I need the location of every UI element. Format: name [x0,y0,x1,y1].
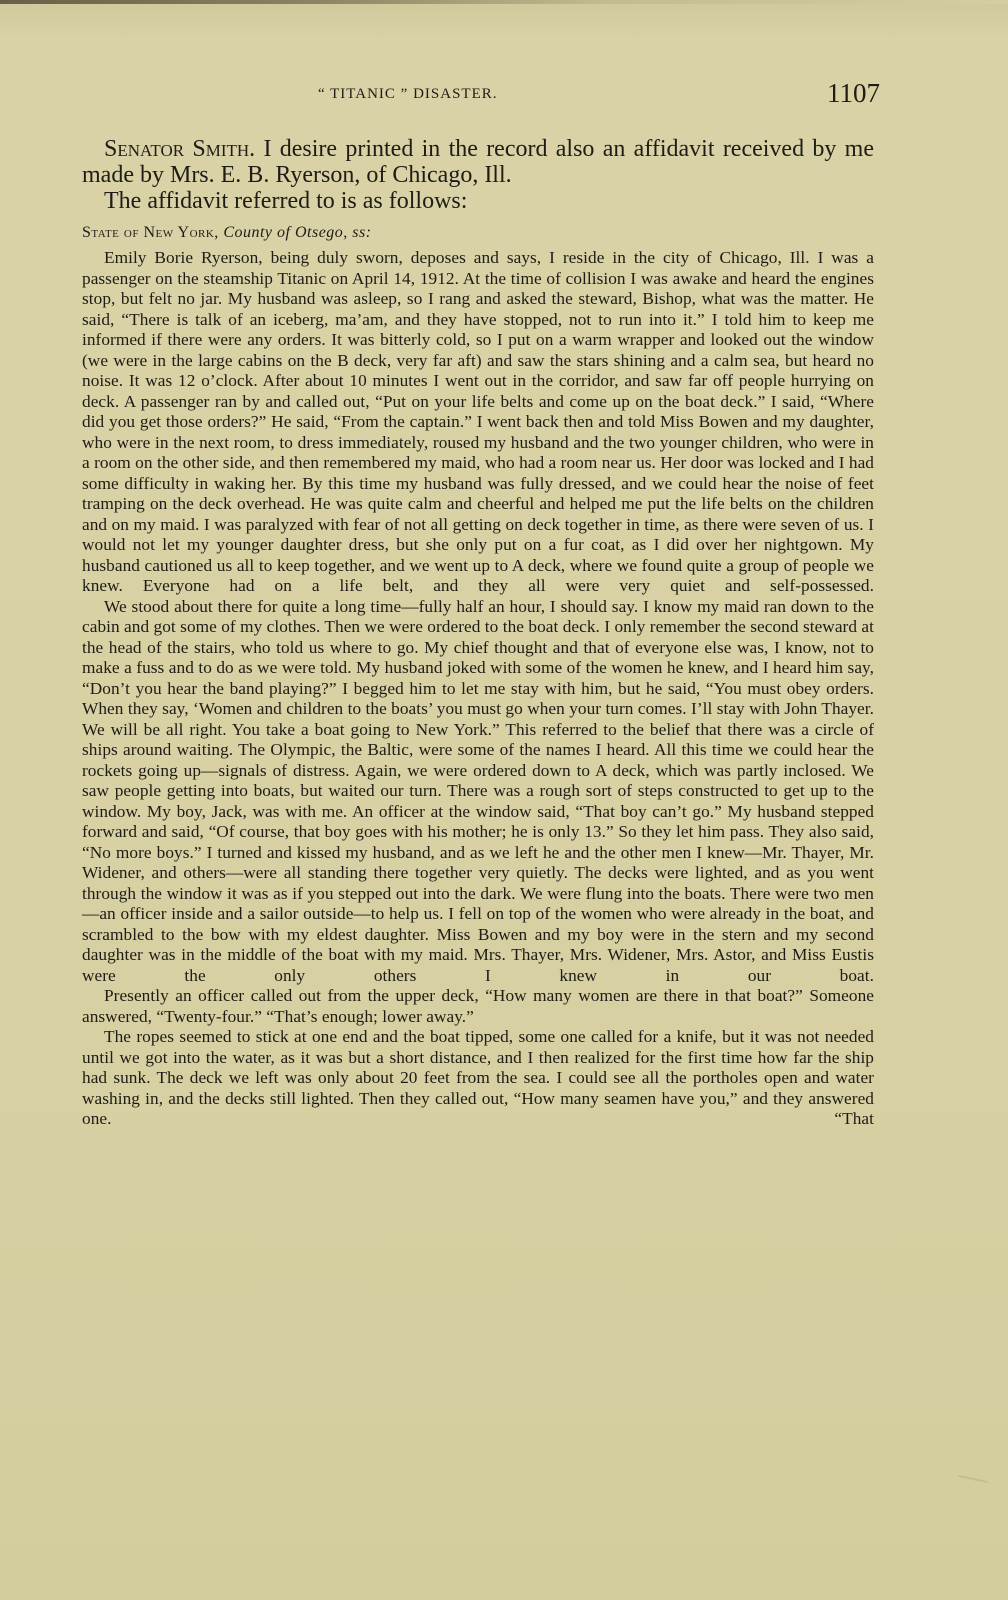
running-title: “ TITANIC ” DISASTER. [318,86,498,103]
paper-mark [958,1475,988,1483]
affidavit-body: Emily Borie Ryerson, being duly sworn, d… [82,248,874,1130]
document-page: “ TITANIC ” DISASTER. 1107 Senator Smith… [82,78,874,1130]
scan-top-edge [0,0,1008,4]
paragraph: Presently an officer called out from the… [82,986,874,1027]
paragraph: The ropes seemed to stick at one end and… [82,1027,874,1130]
running-head: “ TITANIC ” DISASTER. 1107 [82,78,874,114]
page-number: 1107 [827,78,880,109]
venue-county: County of Otsego, ss: [223,224,371,241]
intro-followup: The affidavit referred to is as follows: [82,188,874,214]
venue-state: State of New York, [82,224,219,241]
intro-section: Senator Smith. I desire printed in the r… [82,136,874,214]
paragraph: We stood about there for quite a long ti… [82,597,874,987]
intro-statement: Senator Smith. I desire printed in the r… [82,136,874,188]
venue-line: State of New York, County of Otsego, ss: [82,224,874,242]
speaker-name: Senator Smith. [104,136,255,162]
paragraph: Emily Borie Ryerson, being duly sworn, d… [82,248,874,597]
